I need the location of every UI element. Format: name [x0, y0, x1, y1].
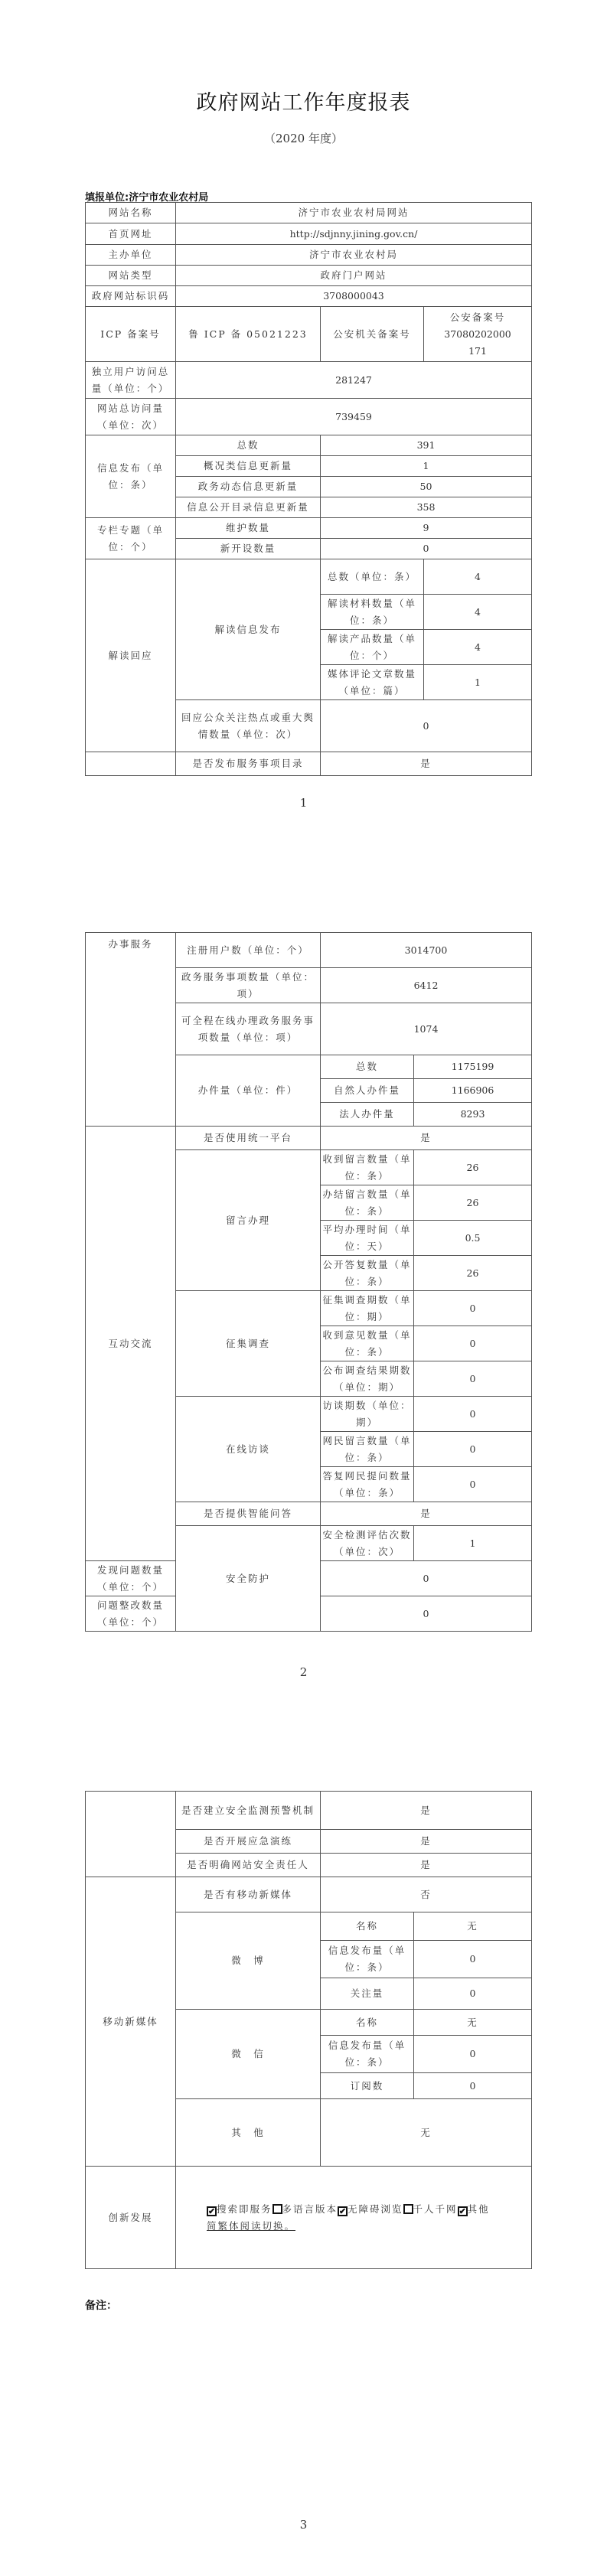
info-publish-label: 信息发布（单位：条） — [86, 435, 176, 518]
survey-row-label: 收到意见数量（单位：条） — [321, 1326, 414, 1361]
security-row-label: 发现问题数量（单位：个） — [86, 1561, 176, 1596]
interp-row-label: 解读产品数量（单位：个） — [321, 630, 424, 665]
msg-row-value: 26 — [414, 1256, 532, 1291]
type-label: 网站类型 — [86, 266, 176, 286]
service-catalog-value: 是 — [321, 752, 532, 776]
uv-label: 独立用户访问总量（单位：个） — [86, 362, 176, 399]
survey-row-label: 征集调查期数（单位：期） — [321, 1291, 414, 1326]
cases-row-value: 8293 — [414, 1103, 532, 1127]
interview-row-value: 0 — [414, 1432, 532, 1467]
innovation-label: 创新发展 — [86, 2167, 176, 2269]
unified-label: 是否使用统一平台 — [176, 1127, 321, 1150]
columns-label: 专栏专题（单位：个） — [86, 518, 176, 559]
interp-row-value: 4 — [424, 595, 532, 630]
cases-row-value: 1166906 — [414, 1079, 532, 1103]
report-title: 政府网站工作年度报表 — [0, 86, 607, 116]
hotspot-label: 回应公众关注热点或重大舆情数量（单位：次） — [176, 700, 321, 752]
option-label: 千人千网 — [413, 2203, 458, 2215]
mobile-label: 移动新媒体 — [86, 1877, 176, 2167]
weibo-row-label: 名称 — [321, 1912, 414, 1941]
pv-value: 739459 — [176, 399, 532, 435]
cases-row-label: 自然人办件量 — [321, 1079, 414, 1103]
police-label: 公安机关备案号 — [321, 307, 424, 362]
security-row-label: 是否明确网站安全责任人 — [176, 1854, 321, 1877]
weibo-row-value: 0 — [414, 1941, 532, 1978]
page-number: 2 — [0, 1665, 607, 1679]
info-row-label: 信息公开目录信息更新量 — [176, 497, 321, 518]
uv-value: 281247 — [176, 362, 532, 399]
interp-row-label: 解读材料数量（单位：条） — [321, 595, 424, 630]
info-row-label: 政务动态信息更新量 — [176, 477, 321, 497]
page-number: 1 — [0, 796, 607, 810]
interview-row-value: 0 — [414, 1397, 532, 1432]
interpretation-label: 解读回应 — [86, 559, 176, 752]
mobile-has-label: 是否有移动新媒体 — [176, 1877, 321, 1912]
msg-row-value: 26 — [414, 1185, 532, 1221]
service-catalog-label: 是否发布服务事项目录 — [176, 752, 321, 776]
weibo-row-value: 0 — [414, 1978, 532, 2010]
wechat-row-value: 0 — [414, 2073, 532, 2099]
survey-label: 征集调查 — [176, 1291, 321, 1397]
basic-info-table: 网站名称 济宁市农业农村局网站 首页网址 http://sdjnny.jinin… — [85, 202, 532, 776]
option-label: 多语言版本 — [282, 2203, 338, 2215]
cases-label: 办件量（单位：件） — [176, 1055, 321, 1127]
interaction-label: 互动交流 — [86, 1127, 176, 1561]
columns-row-value: 9 — [321, 518, 532, 539]
empty-cell — [86, 1792, 176, 1877]
wechat-row-label: 信息发布量（单位：条） — [321, 2036, 414, 2073]
columns-row-label: 新开设数量 — [176, 539, 321, 559]
msg-row-label: 平均办理时间（单位：天） — [321, 1221, 414, 1256]
weibo-row-label: 信息发布量（单位：条） — [321, 1941, 414, 1978]
items-value: 6412 — [321, 968, 532, 1003]
registered-value: 3014700 — [321, 933, 532, 968]
qa-value: 是 — [321, 1502, 532, 1526]
info-row-value: 391 — [321, 435, 532, 456]
msg-row-label: 公开答复数量（单位：条） — [321, 1256, 414, 1291]
code-value: 3708000043 — [176, 286, 532, 307]
option-label: 无障碍浏览 — [348, 2203, 403, 2215]
wechat-row-label: 名称 — [321, 2010, 414, 2036]
mobile-has-value: 否 — [321, 1877, 532, 1912]
cases-row-label: 总数 — [321, 1055, 414, 1079]
weibo-label: 微 博 — [176, 1912, 321, 2010]
wechat-row-value: 0 — [414, 2036, 532, 2073]
cases-row-value: 1175199 — [414, 1055, 532, 1079]
report-year: （2020 年度） — [0, 130, 607, 146]
host-label: 主办单位 — [86, 245, 176, 266]
empty-cell — [86, 752, 176, 776]
other-media-label: 其 他 — [176, 2099, 321, 2167]
police-line2: 37080202000 — [426, 326, 530, 343]
msg-row-value: 0.5 — [414, 1221, 532, 1256]
site-name-label: 网站名称 — [86, 203, 176, 223]
remark-label: 备注： — [85, 2297, 117, 2313]
host-value: 济宁市农业农村局 — [176, 245, 532, 266]
url-value[interactable]: http://sdjnny.jining.gov.cn/ — [176, 223, 532, 245]
info-row-value: 1 — [321, 456, 532, 477]
checkbox-other[interactable]: ✔ — [458, 2206, 468, 2216]
interp-row-value: 1 — [424, 665, 532, 700]
security-row-value: 是 — [321, 1830, 532, 1854]
security-row-value: 0 — [321, 1596, 532, 1632]
hotspot-value: 0 — [321, 700, 532, 752]
other-innovation-text: 简繁体阅读切换。 — [207, 2220, 295, 2232]
msg-row-label: 办结留言数量（单位：条） — [321, 1185, 414, 1221]
items-label: 政务服务事项数量（单位：项） — [176, 968, 321, 1003]
info-row-label: 概况类信息更新量 — [176, 456, 321, 477]
online-label: 可全程在线办理政务服务事项数量（单位：项） — [176, 1003, 321, 1055]
police-line1: 公安备案号 — [426, 309, 530, 326]
url-label: 首页网址 — [86, 223, 176, 245]
icp-value: 鲁 ICP 备 05021223 — [176, 307, 321, 362]
security-row-label: 是否开展应急演练 — [176, 1830, 321, 1854]
checkbox-personalized[interactable] — [403, 2204, 413, 2214]
interp-row-label: 总数（单位：条） — [321, 559, 424, 595]
police-value: 公安备案号37080202000171 — [424, 307, 532, 362]
online-value: 1074 — [321, 1003, 532, 1055]
cases-row-label: 法人办件量 — [321, 1103, 414, 1127]
page-number: 3 — [0, 2518, 607, 2532]
security-row-value: 是 — [321, 1854, 532, 1877]
wechat-label: 微 信 — [176, 2010, 321, 2099]
msg-row-value: 26 — [414, 1150, 532, 1185]
security-label: 安全防护 — [176, 1526, 321, 1632]
type-value: 政府门户网站 — [176, 266, 532, 286]
interp-row-value: 4 — [424, 630, 532, 665]
security-row-value: 是 — [321, 1792, 532, 1830]
security-row-label: 安全检测评估次数（单位：次） — [321, 1526, 414, 1561]
site-name-value: 济宁市农业农村局网站 — [176, 203, 532, 223]
interp-row-label: 媒体评论文章数量（单位：篇） — [321, 665, 424, 700]
security-row-label: 问题整改数量（单位：个） — [86, 1596, 176, 1632]
icp-label: ICP 备案号 — [86, 307, 176, 362]
interview-label: 在线访谈 — [176, 1397, 321, 1502]
interview-row-label: 答复网民提问数量（单位：条） — [321, 1467, 414, 1502]
registered-label: 注册用户数（单位：个） — [176, 933, 321, 968]
checkbox-search-service[interactable]: ✔ — [207, 2206, 217, 2216]
pv-label: 网站总访问量（单位：次） — [86, 399, 176, 435]
code-label: 政府网站标识码 — [86, 286, 176, 307]
info-row-label: 总数 — [176, 435, 321, 456]
interpretation-sub-label: 解读信息发布 — [176, 559, 321, 700]
survey-row-value: 0 — [414, 1361, 532, 1397]
other-media-value: 无 — [321, 2099, 532, 2167]
msg-row-label: 收到留言数量（单位：条） — [321, 1150, 414, 1185]
weibo-row-label: 关注量 — [321, 1978, 414, 2010]
survey-row-value: 0 — [414, 1291, 532, 1326]
survey-row-value: 0 — [414, 1326, 532, 1361]
security-row-value: 1 — [414, 1526, 532, 1561]
weibo-row-value: 无 — [414, 1912, 532, 1941]
info-row-value: 50 — [321, 477, 532, 497]
wechat-row-label: 订阅数 — [321, 2073, 414, 2099]
survey-row-label: 公布调查结果期数（单位：期） — [321, 1361, 414, 1397]
messages-label: 留言办理 — [176, 1150, 321, 1291]
interview-row-value: 0 — [414, 1467, 532, 1502]
columns-row-label: 维护数量 — [176, 518, 321, 539]
qa-label: 是否提供智能问答 — [176, 1502, 321, 1526]
security-row-value: 0 — [321, 1561, 532, 1596]
interp-row-value: 4 — [424, 559, 532, 595]
wechat-row-value: 无 — [414, 2010, 532, 2036]
services-table: 办事服务 注册用户数（单位：个） 3014700 政务服务事项数量（单位：项） … — [85, 932, 532, 1632]
checkbox-accessibility[interactable]: ✔ — [338, 2206, 348, 2216]
unified-value: 是 — [321, 1127, 532, 1150]
option-label: 其他 — [468, 2203, 490, 2215]
mobile-table: 是否建立安全监测预警机制 是 是否开展应急演练 是 是否明确网站安全责任人 是 … — [85, 1791, 532, 2269]
info-row-value: 358 — [321, 497, 532, 518]
columns-row-value: 0 — [321, 539, 532, 559]
services-label: 办事服务 — [86, 933, 176, 1127]
option-label: 搜索即服务 — [217, 2203, 272, 2215]
checkbox-multilingual[interactable] — [272, 2204, 282, 2214]
innovation-options: ✔搜索即服务多语言版本✔无障碍浏览千人千网✔其他简繁体阅读切换。 — [176, 2167, 532, 2269]
interview-row-label: 访谈期数（单位：期） — [321, 1397, 414, 1432]
security-row-label: 是否建立安全监测预警机制 — [176, 1792, 321, 1830]
interview-row-label: 网民留言数量（单位：条） — [321, 1432, 414, 1467]
police-line3: 171 — [426, 343, 530, 360]
